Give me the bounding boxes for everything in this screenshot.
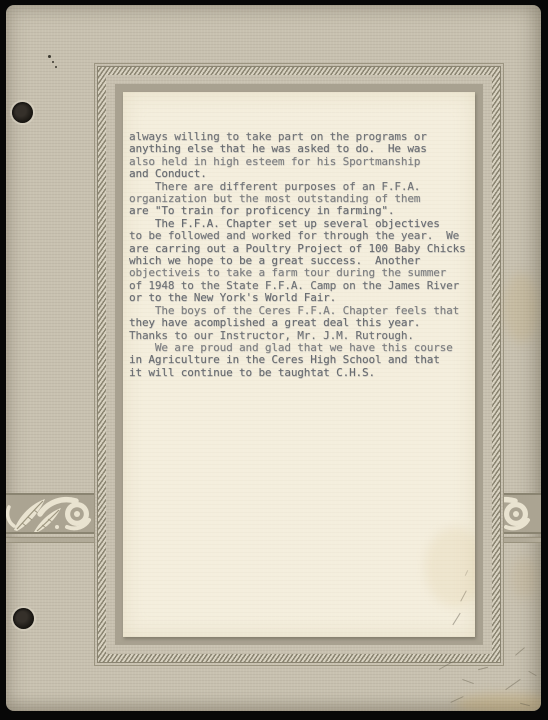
pencil-scratch [528, 671, 536, 676]
pencil-scratch [478, 667, 488, 671]
typed-line: or to the New York's World Fair. [129, 292, 471, 304]
album-stain [504, 273, 538, 343]
typed-line: in Agriculture in the Ceres High School … [129, 354, 471, 366]
typed-line: it will continue to be taughtat C.H.S. [129, 367, 471, 379]
band-rule [504, 542, 541, 543]
pencil-scratch [462, 679, 474, 684]
typed-line: also held in high esteem for his Sportma… [129, 156, 471, 168]
scroll-pattern [504, 495, 541, 532]
pencil-scratch [515, 647, 525, 655]
band-rule [6, 542, 95, 543]
ornamental-frame: always willing to take part on the progr… [94, 63, 504, 666]
decorative-scroll-band-right [504, 493, 541, 543]
typed-line: always willing to take part on the progr… [129, 131, 471, 143]
acanthus-scroll-icon [6, 495, 95, 532]
album-stain [456, 693, 541, 711]
typed-text: always willing to take part on the progr… [123, 131, 475, 379]
decorative-scroll-band-left [6, 493, 95, 543]
typed-line: anything else that he was asked to do. H… [129, 143, 471, 155]
typed-line: We are proud and glad that we have this … [129, 342, 471, 354]
ink-speck [52, 61, 54, 63]
typed-line: are "To train for proficency in farming"… [129, 205, 471, 217]
typed-line: to be followed and worked for through th… [129, 230, 471, 242]
album-stain [511, 557, 537, 599]
typed-line: objectiveis to take a farm tour during t… [129, 267, 471, 279]
ink-speck [48, 55, 51, 58]
matte-border: always willing to take part on the progr… [115, 84, 483, 645]
album-page: always willing to take part on the progr… [6, 5, 541, 711]
pencil-dash [452, 613, 460, 625]
typed-line: organization but the most outstanding of… [129, 193, 471, 205]
frame-gap: always willing to take part on the progr… [106, 75, 492, 654]
screenshot-stage: always willing to take part on the progr… [0, 0, 548, 720]
ink-speck [55, 66, 57, 68]
typed-line: and Conduct. [129, 168, 471, 180]
typed-line: they have acomplished a great deal this … [129, 317, 471, 329]
scroll-pattern [6, 495, 95, 532]
rope-border: always willing to take part on the progr… [97, 66, 501, 663]
typed-line: of 1948 to the State F.F.A. Camp on the … [129, 280, 471, 292]
typed-line: The boys of the Ceres F.F.A. Chapter fee… [129, 305, 471, 317]
typed-paper: always willing to take part on the progr… [123, 92, 475, 637]
paper-stain [425, 527, 475, 607]
hole-punch-top [12, 102, 33, 123]
pencil-scratch [505, 679, 520, 690]
acanthus-scroll-icon [504, 495, 541, 532]
hole-punch-bottom [13, 608, 34, 629]
